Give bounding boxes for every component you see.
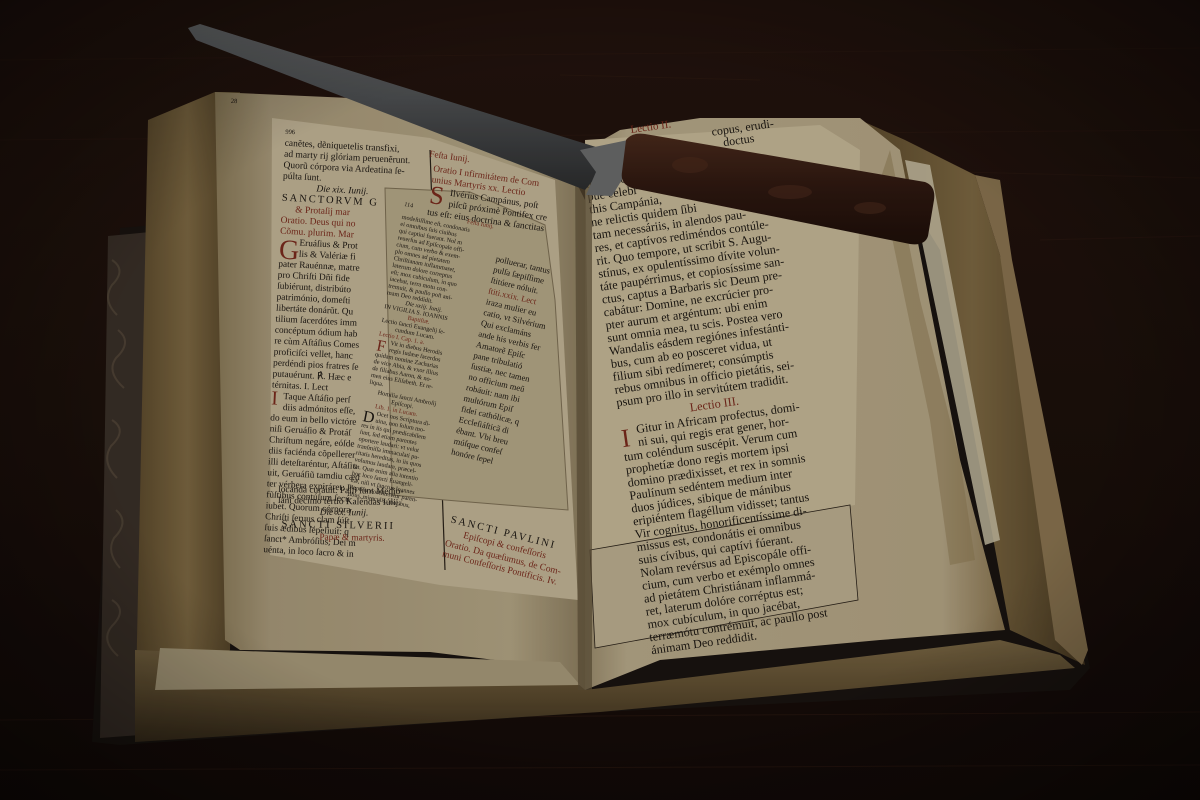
exposure-overlay <box>0 0 1200 800</box>
book-photo-scene: 28 996 canẽtes, dẽniquetelis transfixi, … <box>0 0 1200 800</box>
